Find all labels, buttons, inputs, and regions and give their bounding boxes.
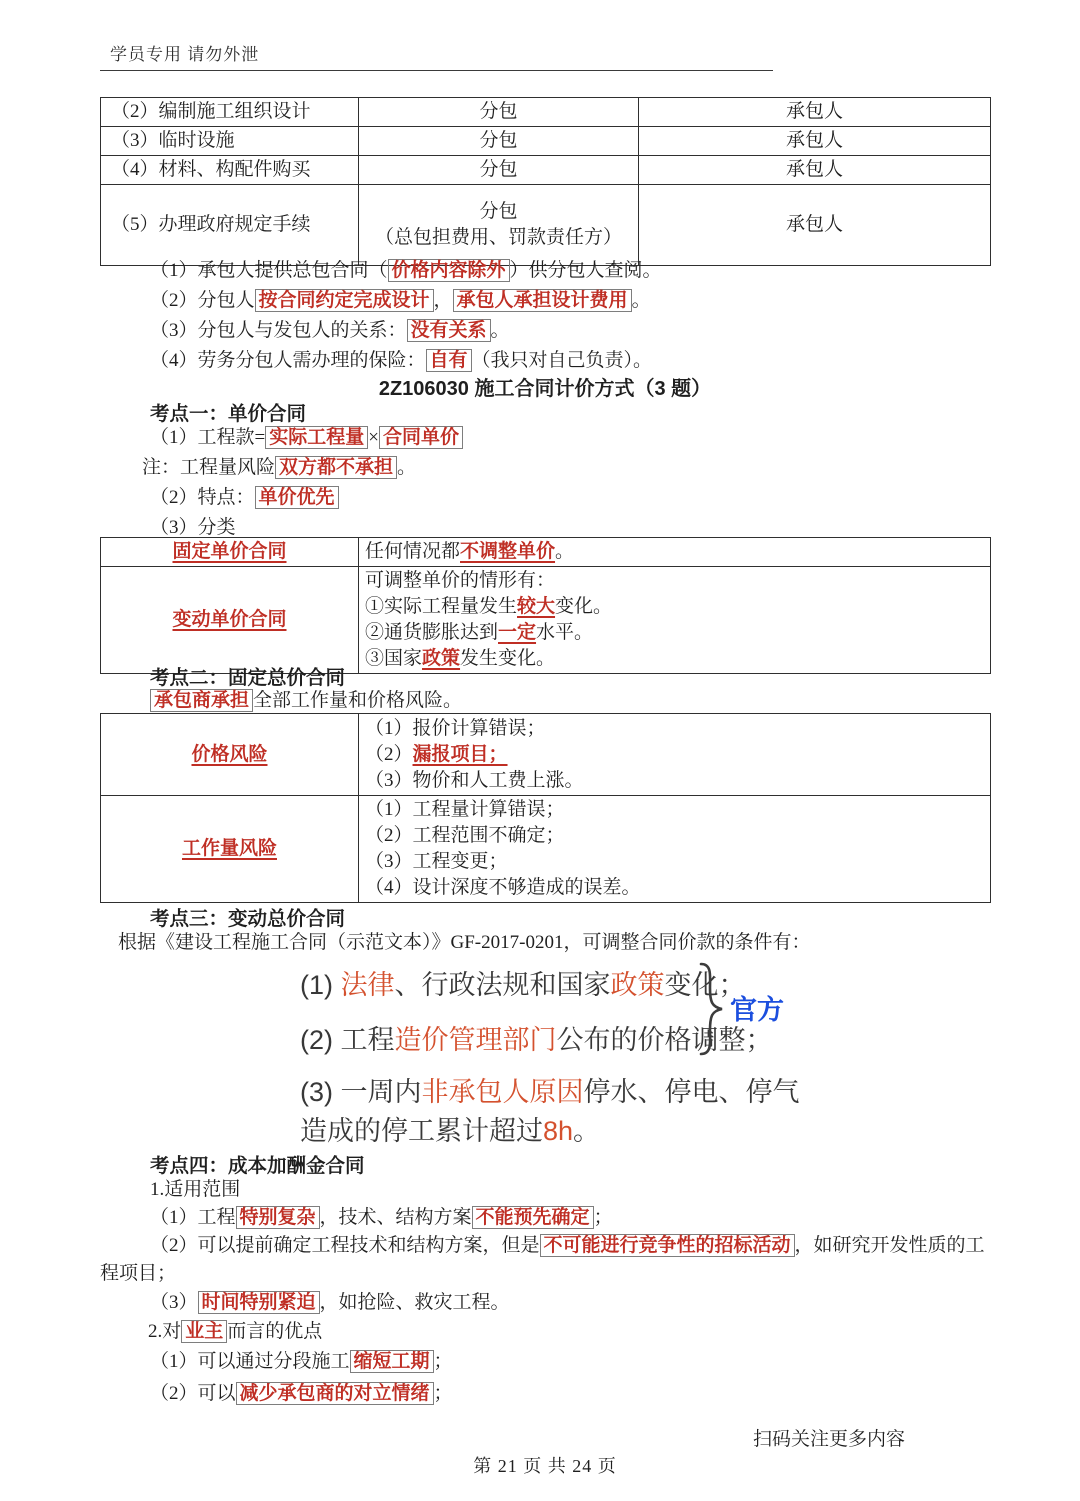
party-cell: 承包人 [639, 156, 991, 185]
table-row: 变动单价合同 可调整单价的情形有： ①实际工程量发生较大变化。 ②通货膨胀达到一… [101, 567, 991, 674]
slide-snippet: (1) 法律、行政法规和国家政策变化； (2) 工程造价管理部门公布的价格调整；… [100, 955, 990, 1151]
body-text: （2）可以提前确定工程技术和结构方案，但是 [150, 1235, 540, 1256]
row-header: 变动单价合同 [101, 567, 359, 674]
table-row: （3）临时设施 分包 承包人 [101, 127, 991, 156]
duty-cell: （5）办理政府规定手续 [101, 185, 359, 266]
note-line: （3）分包人与发包人的关系：没有关系。 [100, 316, 990, 346]
duty-cell: （3）临时设施 [101, 127, 359, 156]
highlight-box: 合同单价 [379, 426, 463, 449]
scope-item: （1）工程特别复杂，技术、结构方案不能预先确定； [100, 1204, 990, 1232]
duty-cell: （4）材料、构配件购买 [101, 156, 359, 185]
party-cell: 分包 （总包担费用、罚款责任方） [359, 185, 639, 266]
slide-condition-3: (3) 一周内非承包人原因停水、停电、停气造成的停工累计超过8h。 [300, 1073, 800, 1151]
formula-line: （1）工程款=实际工程量×合同单价 [100, 423, 990, 453]
keypoint3-title: 考点三：变动总价合同 [100, 903, 990, 931]
subcontract-duty-table: （2）编制施工组织设计 分包 承包人 （3）临时设施 分包 承包人 （4）材料、… [100, 97, 991, 266]
body-text: 。 [555, 541, 574, 562]
body-text: 变化。 [555, 596, 612, 617]
section-heading: 2Z106030 施工合同计价方式（3 题） [100, 372, 990, 401]
detail-line: （1）报价计算错误； [365, 716, 984, 742]
body-text: 。 [397, 457, 416, 478]
note-text: ， [434, 290, 453, 311]
party-cell: 分包 [359, 127, 639, 156]
highlight-box: 减少承包商的对立情绪 [236, 1382, 434, 1405]
highlight-orange: 法律 [341, 970, 395, 1000]
highlight-box: 双方都不承担 [275, 456, 397, 479]
row-header: 固定单价合同 [101, 538, 359, 567]
body-text: ； [434, 1351, 453, 1372]
party-cell: 承包人 [639, 98, 991, 127]
highlight-underline: 不调整单价 [460, 541, 555, 562]
note-text: 。 [491, 320, 510, 341]
body-text: ①实际工程量发生 [365, 596, 517, 617]
highlight-box: 不可能进行竞争性的招标活动 [540, 1234, 795, 1257]
highlight-box: 按合同约定完成设计 [255, 289, 434, 312]
note-text: （4）劳务分包人需办理的保险： [150, 350, 426, 371]
party-line: 分包 [365, 199, 632, 225]
footer-page-number: 第 21 页 共 24 页 [100, 1452, 990, 1478]
detail-line: （2）漏报项目； [365, 742, 984, 768]
note-text: （3）分包人与发包人的关系： [150, 320, 407, 341]
highlight-orange: 非承包人原因 [422, 1077, 584, 1107]
slide-text: (3) 一周内 [300, 1077, 422, 1107]
note-text: 。 [632, 290, 651, 311]
table-row: 固定单价合同 任何情况都不调整单价。 [101, 538, 991, 567]
highlight-box: 特别复杂 [236, 1206, 320, 1229]
advantage-item: （2）可以减少承包商的对立情绪； [100, 1377, 990, 1410]
body-text: ，技术、结构方案 [320, 1207, 472, 1228]
note-text: （1）承包人提供总包合同（ [150, 260, 388, 281]
note-line: （1）承包人提供总包合同（价格内容除外）供分包人查阅。 [100, 256, 990, 286]
subcontract-notes: （1）承包人提供总包合同（价格内容除外）供分包人查阅。 （2）分包人按合同约定完… [100, 256, 990, 376]
highlight-underline: 较大 [517, 596, 555, 617]
table-row: 工作量风险 （1）工程量计算错误； （2）工程范围不确定； （3）工程变更； （… [101, 796, 991, 903]
detail-line: （4）设计深度不够造成的误差。 [365, 875, 984, 901]
body-text: （2） [365, 744, 413, 765]
detail-line: （1）工程量计算错误； [365, 797, 984, 823]
body-text: 任何情况都 [365, 541, 460, 562]
detail-cell: （1）工程量计算错误； （2）工程范围不确定； （3）工程变更； （4）设计深度… [359, 796, 991, 903]
party-line: （总包担费用、罚款责任方） [365, 225, 632, 251]
highlight-box: 自有 [426, 349, 472, 372]
scope-item: （3）时间特别紧迫，如抢险、救灾工程。 [100, 1288, 990, 1317]
party-cell: 承包人 [639, 185, 991, 266]
highlight-box: 不能预先确定 [472, 1206, 594, 1229]
keypoint3-intro: 根据《建设工程施工合同（示范文本）》GF-2017-0201，可调整合同价款的条… [100, 928, 990, 958]
slide-condition-1: (1) 法律、行政法规和国家政策变化； [300, 963, 746, 1002]
body-text: ； [594, 1207, 613, 1228]
table-row: （5）办理政府规定手续 分包 （总包担费用、罚款责任方） 承包人 [101, 185, 991, 266]
risk-table: 价格风险 （1）报价计算错误； （2）漏报项目； （3）物价和人工费上涨。 工作… [100, 713, 991, 903]
highlight-underline: 漏报项目； [413, 744, 508, 765]
highlight-box: 承包人承担设计费用 [453, 289, 632, 312]
header-confidential-label: 学员专用 请勿外泄 [110, 40, 259, 65]
detail-line: （3）物价和人工费上涨。 [365, 768, 984, 794]
detail-line: （2）工程范围不确定； [365, 823, 984, 849]
slide-text: 公布的价格调整； [557, 1025, 773, 1055]
highlight-underline: 一定 [498, 622, 536, 643]
footer-scan-note: 扫码关注更多内容 [753, 1424, 905, 1451]
highlight-box: 缩短工期 [350, 1350, 434, 1373]
body-text: 全部工作量和价格风险。 [253, 690, 462, 711]
scope-heading: 1.适用范围 [100, 1176, 990, 1204]
feature-line: （2）特点：单价优先 [100, 483, 990, 513]
body-text: （1）可以通过分段施工 [150, 1351, 350, 1372]
advantage-item: （1）可以通过分段施工缩短工期； [100, 1346, 990, 1377]
body-text: 注：工程量风险 [142, 457, 275, 478]
slide-text: 。 [573, 1116, 600, 1146]
row-header: 价格风险 [101, 714, 359, 796]
detail-line: ①实际工程量发生较大变化。 [365, 594, 984, 620]
body-text: ，如抢险、救灾工程。 [320, 1292, 510, 1313]
highlight-box: 业主 [181, 1320, 227, 1343]
scope-item: （2）可以提前确定工程技术和结构方案，但是不可能进行竞争性的招标活动，如研究开发… [100, 1232, 990, 1288]
party-cell: 承包人 [639, 127, 991, 156]
body-text: 2.对 [148, 1321, 181, 1342]
highlight-box: 时间特别紧迫 [198, 1291, 320, 1314]
note-line: 注：工程量风险双方都不承担。 [100, 453, 990, 483]
detail-cell: 任何情况都不调整单价。 [359, 538, 991, 567]
highlight-orange: 8h [543, 1116, 573, 1146]
body-text: （1）工程 [150, 1207, 236, 1228]
keypoint2-line: 承包商承担全部工作量和价格风险。 [100, 686, 990, 716]
note-text: （2）分包人 [150, 290, 255, 311]
header-divider [100, 70, 773, 71]
note-text: （我只对自己负责）。 [472, 350, 653, 371]
keypoint4-body: 1.适用范围 （1）工程特别复杂，技术、结构方案不能预先确定； （2）可以提前确… [100, 1176, 990, 1410]
body-text: （1）工程款= [150, 427, 265, 448]
unit-price-table: 固定单价合同 任何情况都不调整单价。 变动单价合同 可调整单价的情形有： ①实际… [100, 537, 991, 674]
brace-graphic [698, 961, 724, 1057]
note-text: ）供分包人查阅。 [510, 260, 662, 281]
note-line: （2）分包人按合同约定完成设计，承包人承担设计费用。 [100, 286, 990, 316]
document-page: 学员专用 请勿外泄 （2）编制施工组织设计 分包 承包人 （3）临时设施 分包 … [0, 0, 1080, 1501]
table-row: （4）材料、构配件购买 分包 承包人 [101, 156, 991, 185]
highlight-box: 没有关系 [407, 319, 491, 342]
table-row: 价格风险 （1）报价计算错误； （2）漏报项目； （3）物价和人工费上涨。 [101, 714, 991, 796]
keypoint1-body: （1）工程款=实际工程量×合同单价 注：工程量风险双方都不承担。 （2）特点：单… [100, 423, 990, 543]
body-text: × [368, 427, 379, 448]
advantage-heading: 2.对业主而言的优点 [100, 1317, 990, 1346]
body-text: （2）特点： [150, 487, 255, 508]
highlight-box: 单价优先 [255, 486, 339, 509]
slide-text: 、行政法规和国家 [395, 970, 611, 1000]
detail-line: （3）工程变更； [365, 849, 984, 875]
body-text: ②通货膨胀达到 [365, 622, 498, 643]
highlight-orange: 造价管理部门 [395, 1025, 557, 1055]
body-text: （2）可以 [150, 1383, 236, 1404]
body-text: 而言的优点 [227, 1321, 322, 1342]
row-header: 工作量风险 [101, 796, 359, 903]
detail-line: ②通货膨胀达到一定水平。 [365, 620, 984, 646]
highlight-box: 承包商承担 [150, 689, 253, 712]
highlight-orange: 政策 [611, 970, 665, 1000]
party-cell: 分包 [359, 98, 639, 127]
detail-cell: 可调整单价的情形有： ①实际工程量发生较大变化。 ②通货膨胀达到一定水平。 ③国… [359, 567, 991, 674]
body-text: （3） [150, 1292, 198, 1313]
highlight-box: 价格内容除外 [388, 259, 510, 282]
highlight-box: 实际工程量 [265, 426, 368, 449]
detail-line: 可调整单价的情形有： [365, 568, 984, 594]
official-label: 官方 [730, 988, 784, 1027]
keypoint1-title: 考点一：单价合同 [100, 398, 990, 426]
slide-text: (2) 工程 [300, 1025, 395, 1055]
body-text: 水平。 [536, 622, 593, 643]
keypoint4-title: 考点四：成本加酬金合同 [100, 1150, 990, 1178]
duty-cell: （2）编制施工组织设计 [101, 98, 359, 127]
table-row: （2）编制施工组织设计 分包 承包人 [101, 98, 991, 127]
party-cell: 分包 [359, 156, 639, 185]
detail-cell: （1）报价计算错误； （2）漏报项目； （3）物价和人工费上涨。 [359, 714, 991, 796]
body-text: ； [434, 1383, 453, 1404]
slide-text: (1) [300, 970, 341, 1000]
